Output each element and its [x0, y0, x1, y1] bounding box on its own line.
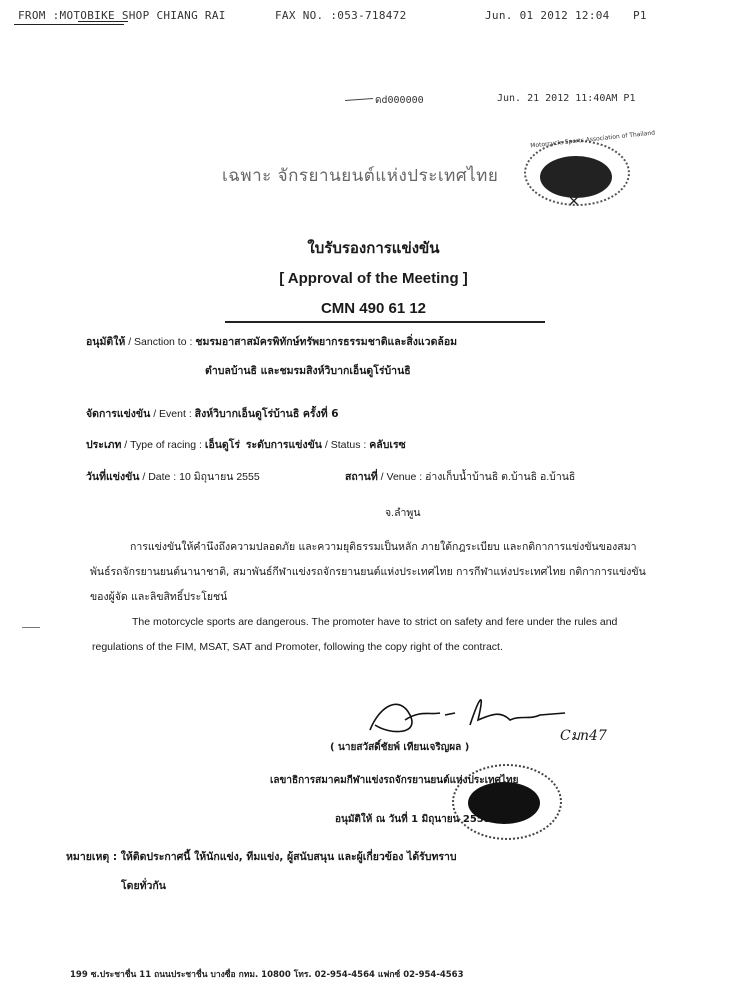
handwritten-note: Cมn47 — [560, 725, 607, 747]
date-label-en: / Date : — [139, 471, 179, 483]
event-field: จัดการแข่งขัน / Event : สิงห์วิบากเอ็นดู… — [86, 405, 339, 422]
association-seal-bottom — [452, 762, 562, 842]
checkered-flags-icon: ✕ — [568, 194, 580, 210]
date-field: วันที่แข่งขัน / Date : 10 มิถุนายน 2555 — [86, 468, 260, 485]
scan-speck — [22, 627, 40, 628]
event-label-th: จัดการแข่งขัน — [86, 408, 150, 420]
footer-address: 199 ซ.ประชาชื่น 11 ถนนประชาชื่น บางซื่อ … — [70, 967, 464, 981]
status-value: คลับเรซ — [369, 439, 405, 451]
fax-underline — [14, 24, 124, 25]
thai-paragraph: การแข่งขันให้คำนึงถึงความปลอดภัย และความ… — [90, 535, 650, 610]
event-label-en: / Event : — [150, 408, 194, 420]
type-label-th: ประเภท — [86, 439, 121, 451]
document-title-thai: ใบรับรองการแข่งขัน — [0, 236, 747, 260]
scribble-mark — [345, 98, 373, 101]
venue-value-line1: อ่างเก็บน้ำบ้านธิ ต.บ้านธิ อ.บ้านธิ — [425, 471, 575, 483]
note-line2: โดยทั่วกัน — [121, 877, 166, 894]
fax-page: P1 — [633, 9, 647, 22]
signatory-name: ( นายสวัสดิ์ชัยพ์ เทียนเจริญผล ) — [330, 740, 469, 755]
sanction-label-th: อนุมัติให้ — [86, 336, 125, 348]
fax-datetime: Jun. 01 2012 12:04 — [485, 9, 610, 22]
sanction-field: อนุมัติให้ / Sanction to : ชมรมอาสาสมัคร… — [86, 333, 457, 350]
venue-field: สถานที่ / Venue : อ่างเก็บน้ำบ้านธิ ต.บ้… — [345, 468, 575, 485]
seal-emblem-icon — [468, 782, 540, 824]
second-fax-datetime: Jun. 21 2012 11:40AM P1 — [497, 93, 635, 104]
date-label-th: วันที่แข่งขัน — [86, 471, 139, 483]
status-label-th: ระดับการแข่งขัน — [246, 439, 322, 451]
type-status-field: ประเภท / Type of racing : เอ็นดูโร่ ระดั… — [86, 436, 406, 453]
venue-label-th: สถานที่ — [345, 471, 378, 483]
fax-number: FAX NO. :053-718472 — [275, 9, 407, 22]
document-title-english: [ Approval of the Meeting ] — [0, 270, 747, 287]
fax-underline-secondary — [78, 21, 128, 22]
title-divider — [225, 321, 545, 323]
note-line1: หมายเหตุ : ให้ติดประกาศนี้ ให้นักแข่ง, ท… — [66, 848, 457, 865]
status-label-en: / Status : — [322, 439, 369, 451]
event-value: สิงห์วิบากเอ็นดูโร่บ้านธิ ครั้งที่ 6 — [195, 408, 339, 420]
sanction-value-line2-wrap: ตำบลบ้านธิ และชมรมสิงห์วิบากเอ็นดูโร่บ้า… — [205, 362, 411, 379]
note-text: ให้ติดประกาศนี้ ให้นักแข่ง, ทีมแข่ง, ผู้… — [121, 851, 457, 863]
venue-label-en: / Venue : — [378, 471, 425, 483]
venue-value-line2-wrap: จ.ลำพูน — [385, 504, 421, 521]
seal-emblem-icon — [540, 156, 612, 198]
english-paragraph: The motorcycle sports are dangerous. The… — [92, 610, 632, 660]
signature-scribble-icon — [360, 685, 580, 740]
type-label-en: / Type of racing : — [121, 439, 204, 451]
note-label: หมายเหตุ : — [66, 851, 121, 863]
organization-name: เฉพาะ จักรยานยนต์แห่งประเทศไทย — [222, 162, 498, 189]
approval-code: CMN 490 61 12 — [0, 300, 747, 317]
sanction-value-line2: ตำบลบ้านธิ และชมรมสิงห์วิบากเอ็นดูโร่บ้า… — [205, 365, 411, 377]
sanction-value-line1: ชมรมอาสาสมัครพิทักษ์ทรัพยากรธรรมชาติและส… — [195, 336, 457, 348]
date-value: 10 มิถุนายน 2555 — [179, 471, 260, 483]
type-value: เอ็นดูโร่ — [205, 439, 240, 451]
sender-id: ดd000000 — [375, 93, 424, 108]
sanction-label-en: / Sanction to : — [125, 336, 195, 348]
association-seal-top: Motorcycle Sports Association of Thailan… — [520, 136, 630, 206]
venue-value-line2: จ.ลำพูน — [385, 507, 421, 519]
